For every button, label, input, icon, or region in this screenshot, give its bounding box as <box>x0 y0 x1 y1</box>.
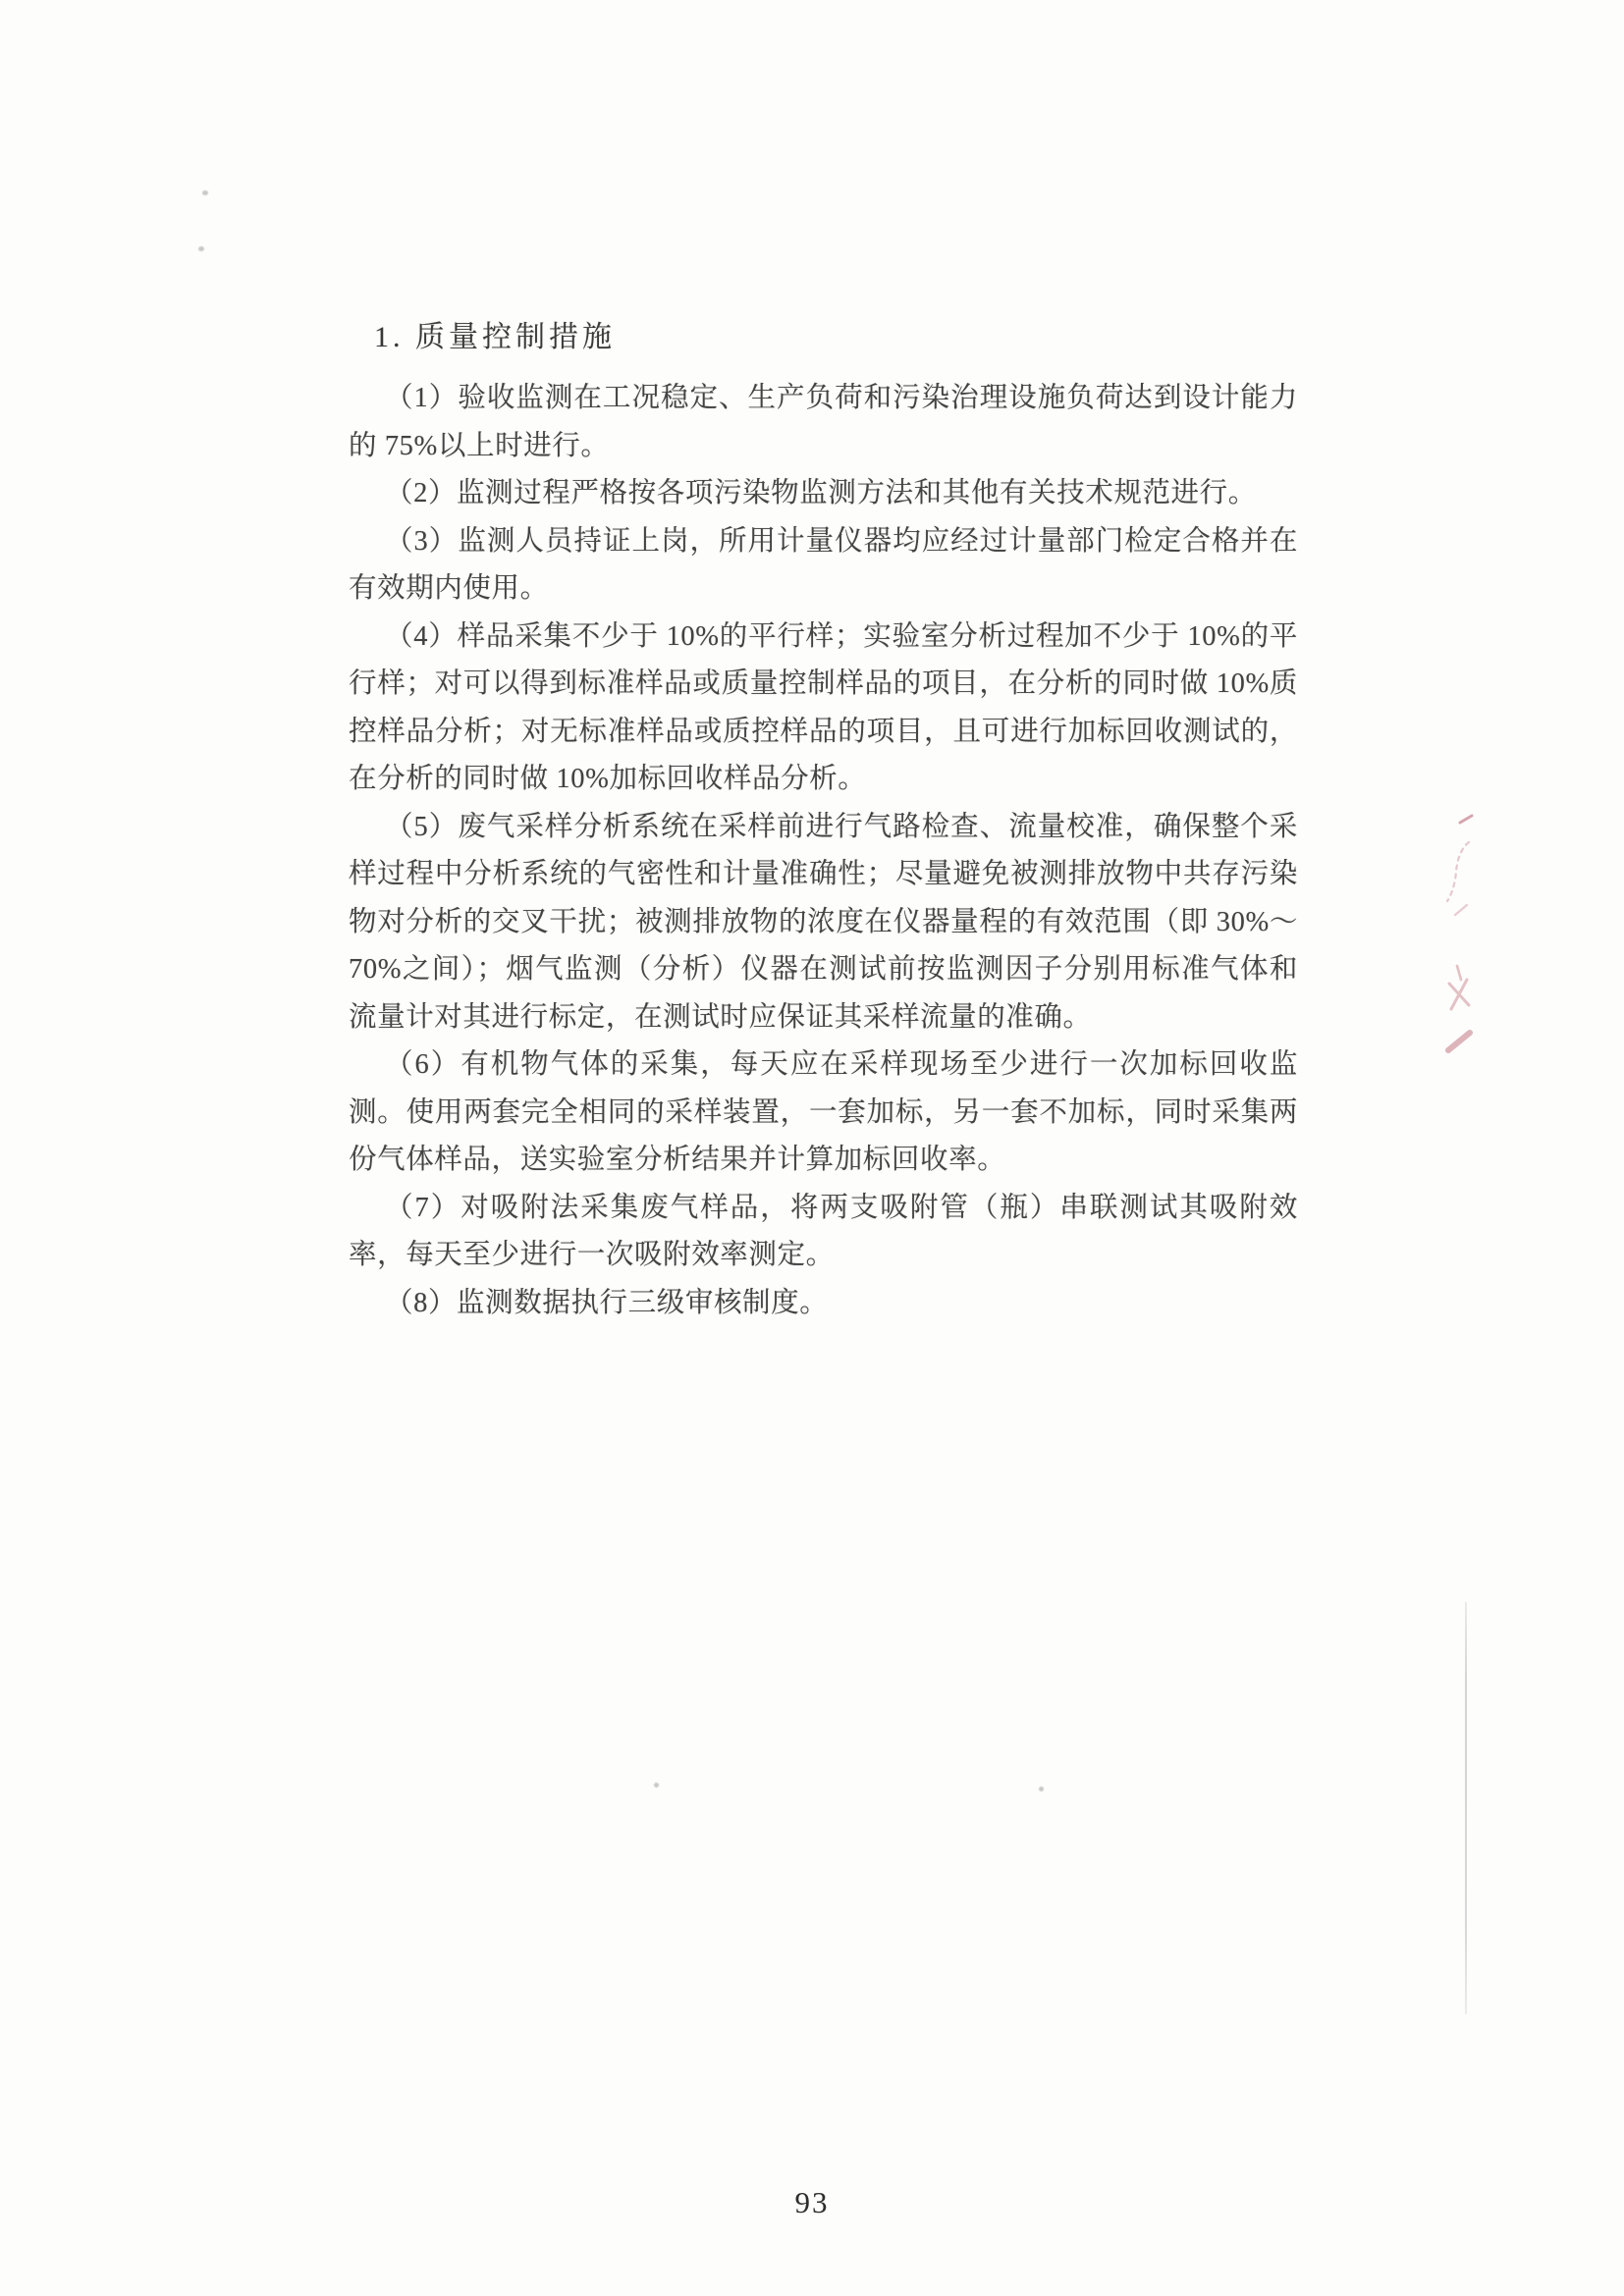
paragraph-quality-3: （3）监测人员持证上岗，所用计量仪器均应经过计量部门检定合格并在有效期内使用。 <box>349 518 1298 614</box>
paragraph-quality-1: （1）验收监测在工况稳定、生产负荷和污染治理设施负荷达到设计能力的 75%以上时… <box>349 375 1298 470</box>
scan-speck <box>198 246 204 251</box>
paragraph-quality-5: （5）废气采样分析系统在采样前进行气路检查、流量校准，确保整个采样过程中分析系统… <box>349 804 1298 1042</box>
paragraph-quality-2: （2）监测过程严格按各项污染物监测方法和其他有关技术规范进行。 <box>349 470 1298 518</box>
text-block: 1. 质量控制措施 （1）验收监测在工况稳定、生产负荷和污染治理设施负荷达到设计… <box>349 312 1298 1327</box>
scan-line-artifact <box>1465 1602 1467 2014</box>
paragraph-quality-6: （6）有机物气体的采集，每天应在采样现场至少进行一次加标回收监测。使用两套完全相… <box>349 1041 1298 1185</box>
paragraph-quality-4: （4）样品采集不少于 10%的平行样；实验室分析过程加不少于 10%的平行样；对… <box>349 614 1298 804</box>
scan-speck <box>654 1783 659 1788</box>
section-heading: 1. 质量控制措施 <box>374 312 1298 363</box>
document-page: 1. 质量控制措施 （1）验收监测在工况稳定、生产负荷和污染治理设施负荷达到设计… <box>0 0 1624 2296</box>
red-stamp-fragment <box>1443 811 1477 1060</box>
page-number: 93 <box>0 2185 1624 2220</box>
paragraph-quality-7: （7）对吸附法采集废气样品，将两支吸附管（瓶）串联测试其吸附效率，每天至少进行一… <box>349 1185 1298 1280</box>
scan-speck <box>202 190 208 195</box>
paragraph-quality-8: （8）监测数据执行三级审核制度。 <box>349 1280 1298 1328</box>
scan-speck <box>1039 1787 1044 1791</box>
